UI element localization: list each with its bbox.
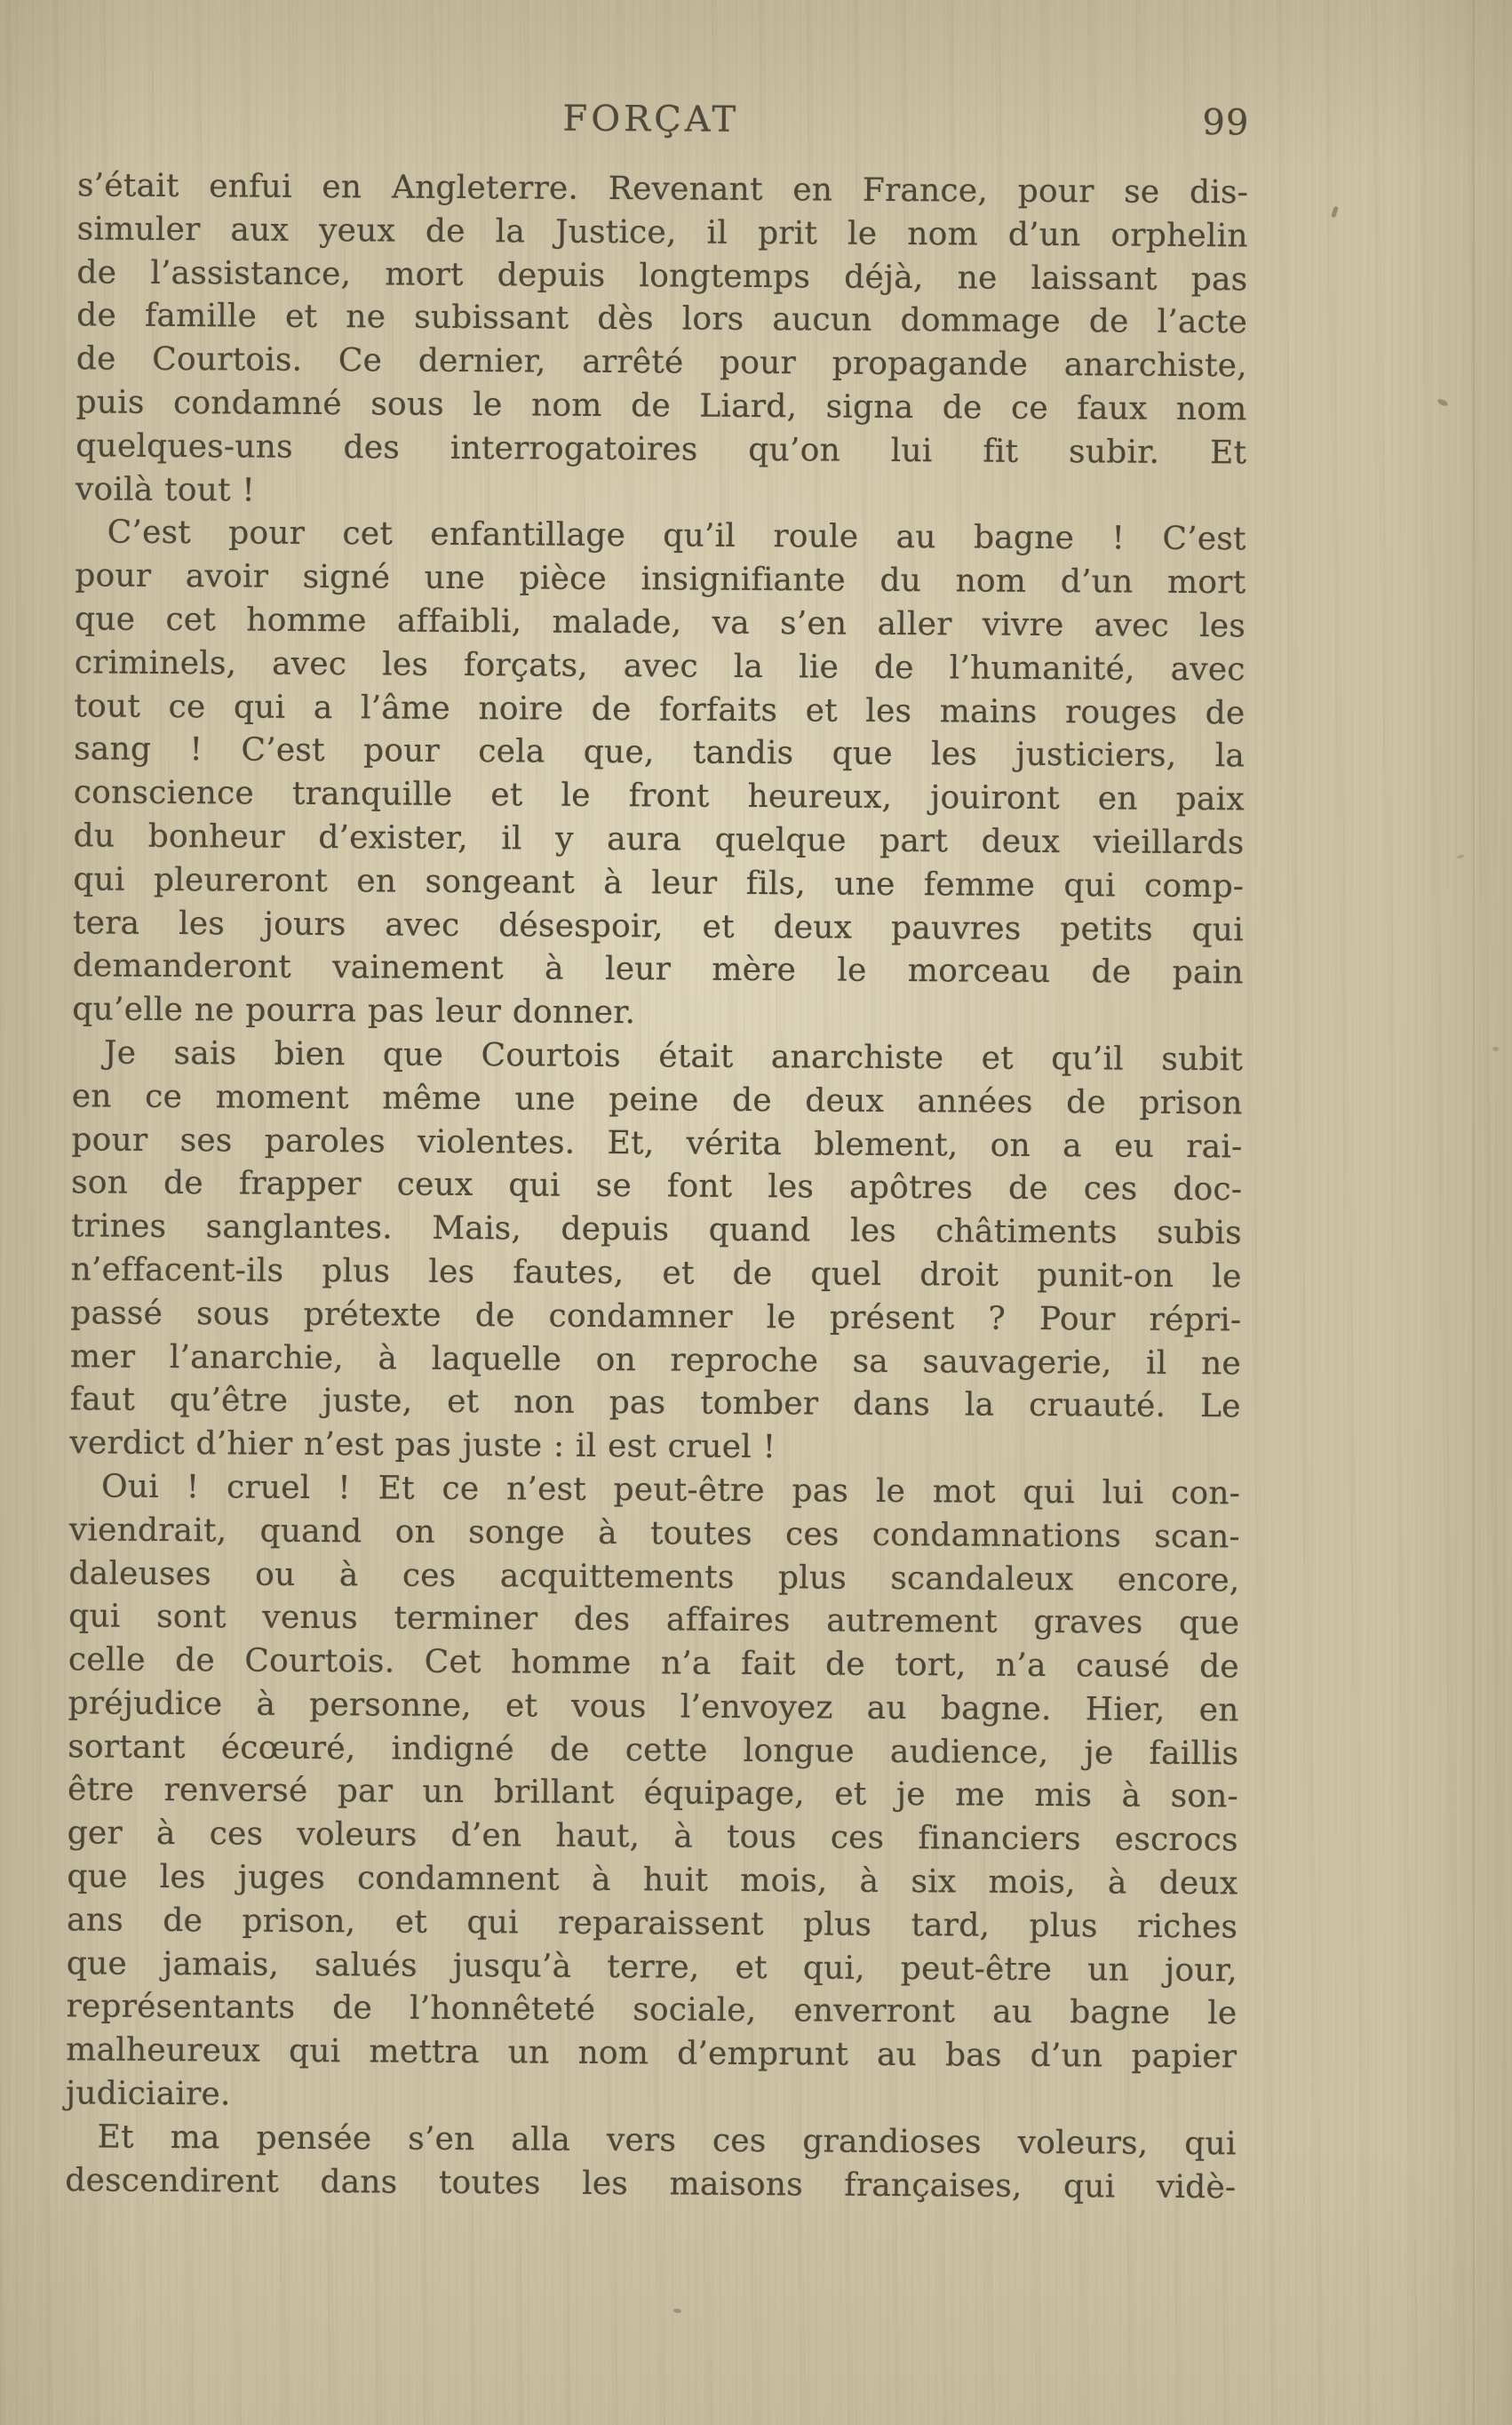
text-line: du bonheur d’exister, il y aura quelque … bbox=[73, 815, 1244, 866]
text-line: criminels, avec les forçats, avec la lie… bbox=[75, 642, 1245, 692]
text-line: quelques-uns des interrogatoires qu’on l… bbox=[76, 425, 1246, 475]
text-line: Oui ! cruel ! Et ce n’est peut-être pas … bbox=[69, 1465, 1240, 1516]
text-line: de famille et ne subissant dès lors aucu… bbox=[76, 295, 1247, 346]
text-line: passé sous prétexte de condamner le prés… bbox=[70, 1292, 1241, 1343]
paragraph: Et ma pensée s’en alla vers ces grandios… bbox=[65, 2116, 1237, 2210]
text-line: Je sais bien que Courtois était anarchis… bbox=[72, 1032, 1243, 1082]
printed-content: FORÇAT 99 s’était enfui en Angleterre. R… bbox=[0, 0, 1512, 2425]
paragraph: C’est pour cet enfantillage qu’il roule … bbox=[72, 512, 1246, 1040]
text-line: que jamais, salués jusqu’à terre, et qui… bbox=[67, 1942, 1237, 1993]
text-line: judiciaire. bbox=[66, 2072, 1237, 2123]
text-line: n’effacent-ils plus les fautes, et de qu… bbox=[70, 1248, 1241, 1299]
text-line: conscience tranquille et le front heureu… bbox=[74, 771, 1245, 822]
text-line: viendrait, quand on songe à toutes ces c… bbox=[69, 1509, 1240, 1559]
text-line: ger à ces voleurs d’en haut, à tous ces … bbox=[68, 1813, 1238, 1863]
running-title: FORÇAT bbox=[562, 99, 739, 140]
text-line: en ce moment même une peine de deux anné… bbox=[72, 1075, 1243, 1126]
text-line: trines sanglantes. Mais, depuis quand le… bbox=[71, 1205, 1242, 1256]
text-line: être renversé par un brillant équipage, … bbox=[68, 1769, 1238, 1820]
text-line: pour ses paroles violentes. Et, vérita b… bbox=[71, 1119, 1242, 1169]
text-line: simuler aux yeux de la Justice, il prit … bbox=[77, 208, 1248, 259]
text-line: son de frapper ceux qui se font les apôt… bbox=[71, 1162, 1242, 1213]
text-line: malheureux qui mettra un nom d’emprunt a… bbox=[66, 2030, 1237, 2080]
paragraph: Oui ! cruel ! Et ce n’est peut-être pas … bbox=[66, 1465, 1240, 2123]
text-line: demanderont vainement à leur mère le mor… bbox=[73, 945, 1244, 996]
text-line: celle de Courtois. Cet homme n’a fait de… bbox=[68, 1639, 1239, 1689]
page-text: s’était enfui en Angleterre. Revenant en… bbox=[65, 164, 1248, 2209]
text-line: puis condamné sous le nom de Liard, sign… bbox=[76, 381, 1246, 432]
text-line: faut qu’être juste, et non pas tomber da… bbox=[70, 1379, 1241, 1430]
text-line: qui sont venus terminer des affaires aut… bbox=[68, 1596, 1239, 1647]
text-line: mer l’anarchie, à laquelle on reproche s… bbox=[70, 1336, 1241, 1386]
text-line: sang ! C’est pour cela que, tandis que l… bbox=[74, 729, 1245, 779]
text-line: C’est pour cet enfantillage qu’il roule … bbox=[76, 512, 1246, 562]
text-line: que les juges condamnent à huit mois, à … bbox=[67, 1855, 1237, 1906]
text-line: s’était enfui en Angleterre. Revenant en… bbox=[77, 164, 1248, 215]
text-line: pour avoir signé une pièce insignifiante… bbox=[75, 554, 1245, 605]
text-line: ans de prison, et qui reparaissent plus … bbox=[67, 1899, 1237, 1950]
text-line: descendirent dans toutes les maisons fra… bbox=[65, 2159, 1236, 2210]
paragraph: Je sais bien que Courtois était anarchis… bbox=[69, 1032, 1243, 1472]
text-line: tera les jours avec désespoir, et deux p… bbox=[73, 902, 1244, 953]
paragraph: s’était enfui en Angleterre. Revenant en… bbox=[76, 164, 1248, 518]
text-line: tout ce qui a l’âme noire de forfaits et… bbox=[74, 685, 1245, 736]
text-line: voilà tout ! bbox=[76, 468, 1246, 519]
text-line: Et ma pensée s’en alla vers ces grandios… bbox=[65, 2116, 1236, 2166]
text-line: sortant écœuré, indigné de cette longue … bbox=[68, 1726, 1238, 1776]
text-line: qui pleureront en songeant à leur fils, … bbox=[73, 858, 1244, 909]
book-page: FORÇAT 99 s’était enfui en Angleterre. R… bbox=[0, 0, 1512, 2425]
text-line: qu’elle ne pourra pas leur donner. bbox=[72, 988, 1243, 1039]
text-line: de Courtois. Ce dernier, arrêté pour pro… bbox=[76, 338, 1247, 388]
text-line: représentants de l’honnêteté sociale, en… bbox=[66, 1986, 1237, 2037]
text-line: daleuses ou à ces acquittements plus sca… bbox=[68, 1552, 1239, 1603]
page-number: 99 bbox=[1202, 102, 1249, 143]
text-line: préjudice à personne, et vous l’envoyez … bbox=[68, 1682, 1238, 1733]
running-header: FORÇAT 99 bbox=[6, 95, 1512, 148]
text-line: de l’assistance, mort depuis longtemps d… bbox=[76, 251, 1247, 302]
text-line: verdict d’hier n’est pas juste : il est … bbox=[69, 1422, 1240, 1472]
text-line: que cet homme affaibli, malade, va s’en … bbox=[75, 598, 1245, 649]
